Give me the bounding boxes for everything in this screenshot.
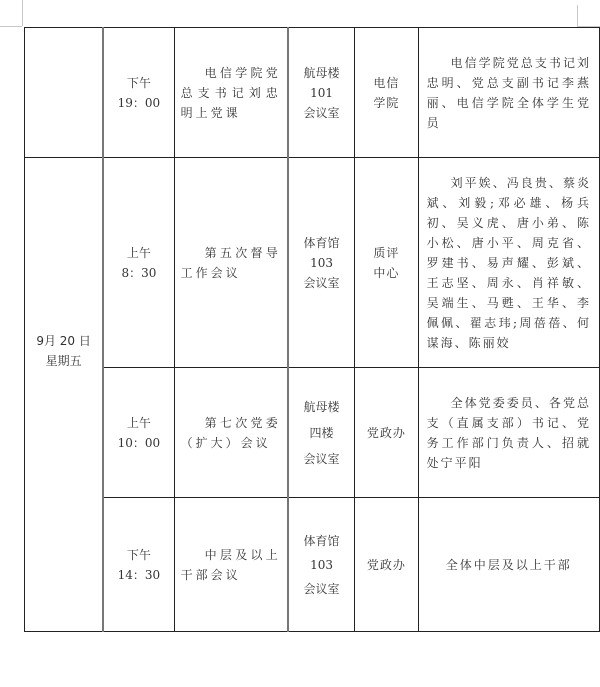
topic: 第七次党委（扩大）会议 [181, 413, 281, 453]
organizer-line: 学院 [355, 93, 417, 113]
topic: 第五次督导工作会议 [181, 243, 281, 283]
organizer-line: 党政办 [355, 555, 417, 575]
time: 14：30 [104, 565, 173, 585]
weekday: 星期五 [25, 351, 102, 371]
time: 8：30 [104, 263, 173, 283]
attendees-cell: 刘平娭、冯良贵、蔡炎斌、刘毅;邓必雄、杨兵初、吴义虎、唐小弟、陈小松、唐小平、周… [418, 158, 599, 368]
location-cell: 体育馆 103 会议室 [288, 158, 355, 368]
attendees: 全体中层及以上干部 [427, 555, 591, 575]
page-corner-mark [22, 0, 23, 26]
attendees-cell: 全体党委委员、各党总支（直属支部）书记、党务工作部门负责人、招就处宁平阳 [418, 368, 599, 498]
topic-cell: 第七次党委（扩大）会议 [174, 368, 288, 498]
topic-cell: 电信学院党总支书记刘忠明上党课 [174, 28, 288, 158]
attendees-cell: 全体中层及以上干部 [418, 498, 599, 632]
location-cell: 体育馆 103 会议室 [288, 498, 355, 632]
time-cell: 上午 10：00 [103, 368, 174, 498]
location-line: 103 [289, 253, 354, 273]
date: 9月 20 日 [25, 331, 102, 351]
location-line: 会议室 [289, 446, 354, 472]
date-cell-empty [25, 28, 104, 158]
location-line: 体育馆 [289, 529, 354, 553]
attendees-cell: 电信学院党总支书记刘忠明、党总支副书记李燕丽、电信学院全体学生党员 [418, 28, 599, 158]
topic: 电信学院党总支书记刘忠明上党课 [181, 63, 281, 123]
table-row: 9月 20 日 星期五 上午 8：30 第五次督导工作会议 体育馆 103 会议… [25, 158, 600, 368]
organizer-line: 党政办 [355, 423, 417, 443]
location-line: 会议室 [289, 577, 354, 601]
organizer-line: 质评 [355, 243, 417, 263]
attendees: 刘平娭、冯良贵、蔡炎斌、刘毅;邓必雄、杨兵初、吴义虎、唐小弟、陈小松、唐小平、周… [427, 173, 591, 353]
organizer-line: 电信 [355, 73, 417, 93]
period: 下午 [104, 545, 173, 565]
location-line: 会议室 [289, 103, 354, 123]
location-line: 航母楼 [289, 63, 354, 83]
time-cell: 下午 19：00 [103, 28, 174, 158]
location-line: 103 [289, 553, 354, 577]
period: 上午 [104, 243, 173, 263]
organizer-line: 中心 [355, 263, 417, 283]
organizer-cell: 党政办 [355, 498, 418, 632]
location-cell: 航母楼 四楼 会议室 [288, 368, 355, 498]
location-line: 101 [289, 83, 354, 103]
topic: 中层及以上干部会议 [181, 545, 281, 585]
table-row: 下午 14：30 中层及以上干部会议 体育馆 103 会议室 党政办 全体中层及… [25, 498, 600, 632]
schedule-table: 下午 19：00 电信学院党总支书记刘忠明上党课 航母楼 101 会议室 电信 … [24, 27, 600, 632]
page-corner-mark [577, 5, 578, 26]
period: 上午 [104, 413, 173, 433]
time-cell: 上午 8：30 [103, 158, 174, 368]
organizer-cell: 质评 中心 [355, 158, 418, 368]
time-cell: 下午 14：30 [103, 498, 174, 632]
date-cell: 9月 20 日 星期五 [25, 158, 104, 632]
time: 19：00 [104, 93, 173, 113]
attendees: 电信学院党总支书记刘忠明、党总支副书记李燕丽、电信学院全体学生党员 [427, 53, 591, 133]
topic-cell: 中层及以上干部会议 [174, 498, 288, 632]
time: 10：00 [104, 433, 173, 453]
location-line: 体育馆 [289, 233, 354, 253]
organizer-cell: 电信 学院 [355, 28, 418, 158]
topic-cell: 第五次督导工作会议 [174, 158, 288, 368]
location-cell: 航母楼 101 会议室 [288, 28, 355, 158]
page-corner-mark [0, 26, 22, 27]
table-row: 上午 10：00 第七次党委（扩大）会议 航母楼 四楼 会议室 党政办 全体党委… [25, 368, 600, 498]
organizer-cell: 党政办 [355, 368, 418, 498]
attendees: 全体党委委员、各党总支（直属支部）书记、党务工作部门负责人、招就处宁平阳 [427, 393, 591, 473]
location-line: 会议室 [289, 273, 354, 293]
location-line: 四楼 [289, 420, 354, 446]
location-line: 航母楼 [289, 394, 354, 420]
period: 下午 [104, 73, 173, 93]
table-row: 下午 19：00 电信学院党总支书记刘忠明上党课 航母楼 101 会议室 电信 … [25, 28, 600, 158]
